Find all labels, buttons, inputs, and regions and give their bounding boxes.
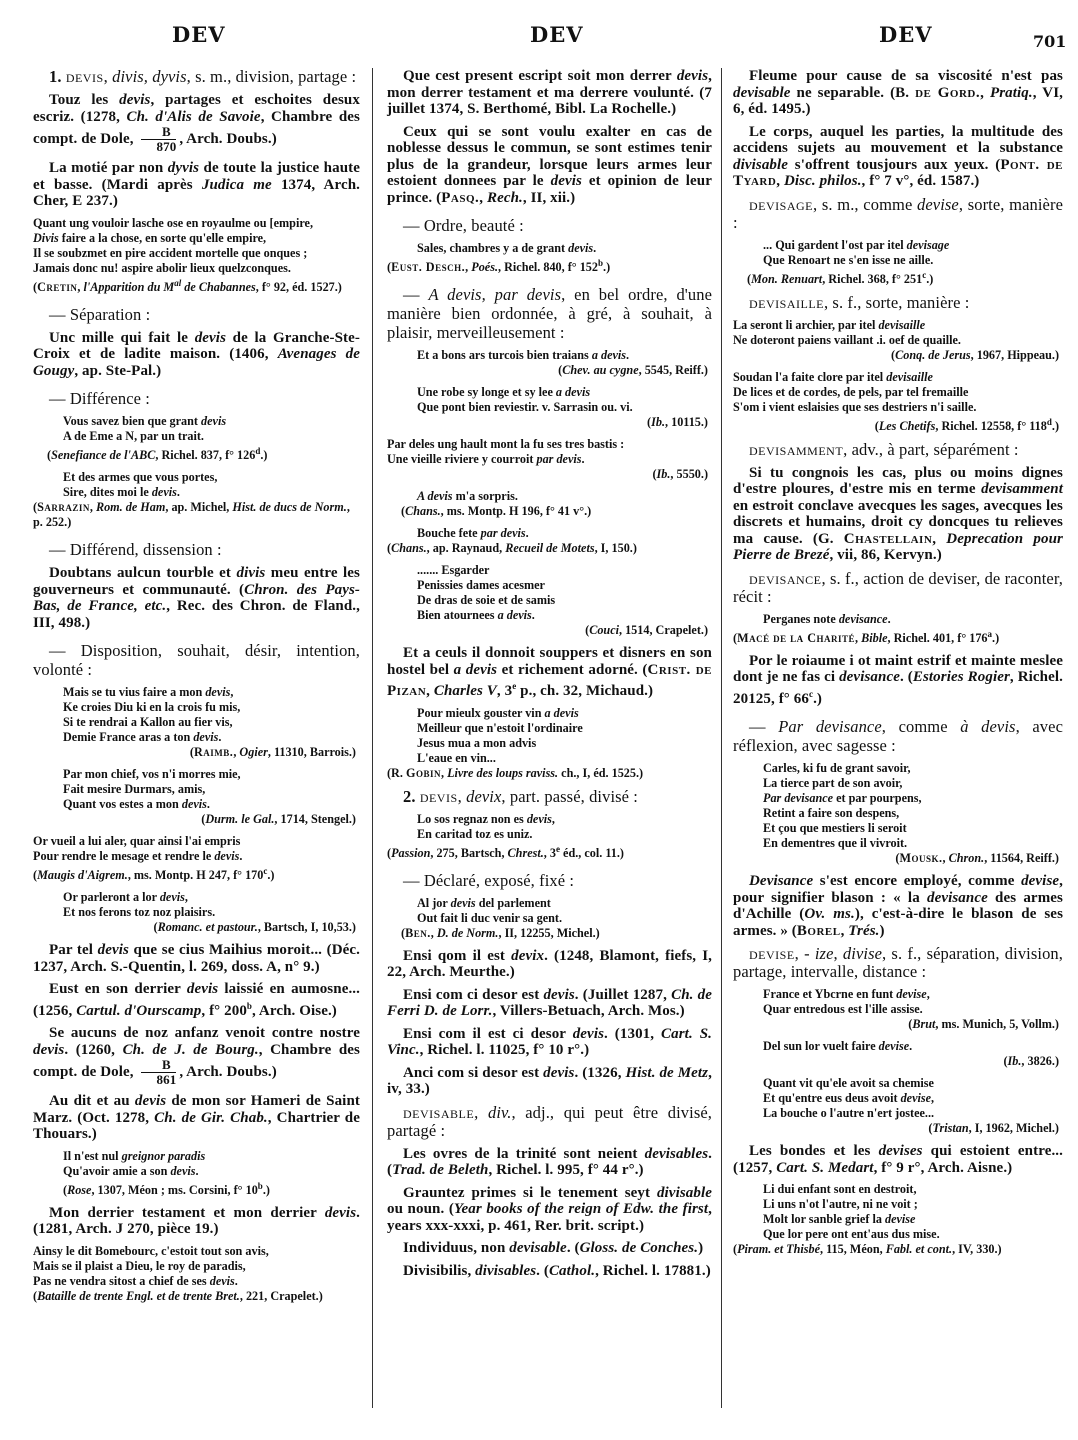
citation: (Passion, 275, Bartsch, Chrest., 3e éd.,…: [387, 842, 712, 861]
sense-heading: — Déclaré, exposé, fixé :: [387, 871, 712, 890]
sense-heading: — Séparation :: [33, 305, 360, 324]
citation: (Chans., ms. Montp. H 196, f° 41 v°.): [387, 504, 712, 519]
dictionary-entry-headword: 2. devis, devix, part. passé, divisé :: [387, 788, 712, 806]
verse-quotation: Bouche fete par devis.(Chans., ap. Rayna…: [387, 526, 712, 556]
citation: (Cretin, l'Apparition du Mal de Chabanne…: [33, 276, 360, 295]
citation: (Ib., 3826.): [733, 1054, 1063, 1069]
dictionary-page: DEV DEV DEV 701 1. devis, divis, dyvis, …: [0, 0, 1078, 1440]
verse-line: Li dui enfant sont en destroit,: [733, 1182, 1063, 1197]
example-paragraph: Grauntez primes si le tenement seyt divi…: [387, 1185, 712, 1235]
page-number: 701: [1033, 32, 1066, 51]
verse-line: Jamais donc nu! aspire abolir lieux quel…: [33, 261, 360, 276]
verse-quotation: Li dui enfant sont en destroit,Li uns n'…: [733, 1182, 1063, 1257]
example-paragraph: Touz les devis, partages et eschoites de…: [33, 92, 360, 154]
verse-quotation: A devis m'a sorpris.(Chans., ms. Montp. …: [387, 489, 712, 519]
example-paragraph: Au dit et au devis de mon sor Hameri de …: [33, 1093, 360, 1143]
dictionary-entry-headword: devisamment, adv., à part, séparément :: [733, 441, 1063, 459]
example-paragraph: Se aucuns de noz anfanz venoit contre no…: [33, 1025, 360, 1087]
example-paragraph: Eust en son derrier devis laissié en aum…: [33, 981, 360, 1019]
citation: (Ib., 5550.): [387, 467, 712, 482]
citation: (Tristan, I, 1962, Michel.): [733, 1121, 1063, 1136]
verse-line: Bien atournees a devis.: [387, 608, 712, 623]
sense-heading: — Par devisance, comme à devis, avec réf…: [733, 717, 1063, 755]
example-paragraph: Ensi com il est ci desor devis. (1301, C…: [387, 1026, 712, 1059]
verse-quotation: Et des armes que vous portes,Sire, dites…: [33, 470, 360, 530]
verse-line: Quant vos estes a mon devis.: [33, 797, 360, 812]
example-paragraph: Individuus, non devisable. (Gloss. de Co…: [387, 1240, 712, 1257]
running-head-left: DEV: [172, 22, 226, 47]
verse-quotation: Mais se tu vius faire a mon devis,Ke cro…: [33, 685, 360, 760]
verse-line: Que Renoart ne s'en isse ne aille.: [733, 253, 1063, 268]
dictionary-entry-headword: devise, - ize, divise, s. f., séparation…: [733, 945, 1063, 981]
sense-heading: — Ordre, beauté :: [387, 216, 712, 235]
sense-heading: — A devis, par devis, en bel ordre, d'un…: [387, 285, 712, 342]
verse-line: Par deles ung hault mont la fu ses tres …: [387, 437, 712, 452]
citation: (Macé de la Charité, Bible, Richel. 401,…: [733, 627, 1063, 646]
verse-quotation: Lo sos regnaz non es devis,En caritad to…: [387, 812, 712, 861]
citation: (Brut, ms. Munich, 5, Vollm.): [733, 1017, 1063, 1032]
verse-line: France et Ybcrne en funt devise,: [733, 987, 1063, 1002]
example-paragraph: Doubtans aulcun tourble et divis meu ent…: [33, 565, 360, 631]
verse-line: ....... Esgarder: [387, 563, 712, 578]
verse-quotation: France et Ybcrne en funt devise,Quar ent…: [733, 987, 1063, 1032]
verse-line: Demie France aras a ton devis.: [33, 730, 360, 745]
column-left: 1. devis, divis, dyvis, s. m., division,…: [33, 68, 360, 1311]
verse-line: Lo sos regnaz non es devis,: [387, 812, 712, 827]
citation: (Conq. de Jerus, 1967, Hippeau.): [733, 348, 1063, 363]
example-paragraph: Ensi qom il est devix. (1248, Blamont, f…: [387, 948, 712, 981]
verse-quotation: ... Qui gardent l'ost par itel devisageQ…: [733, 238, 1063, 287]
verse-line: Quant vit qu'ele avoit sa chemise: [733, 1076, 1063, 1091]
verse-line: En caritad toz es uniz.: [387, 827, 712, 842]
running-head-right: DEV: [879, 22, 933, 47]
verse-quotation: Sales, chambres y a de grant devis.(Eust…: [387, 241, 712, 275]
verse-line: Al jor devis del parlement: [387, 896, 712, 911]
example-paragraph: La motié par non dyvis de toute la justi…: [33, 160, 360, 210]
verse-quotation: Vous savez bien que grant devisA de Eme …: [33, 414, 360, 463]
verse-line: Meilleur que n'estoit l'ordinaire: [387, 721, 712, 736]
verse-line: Une robe sy longe et sy lee a devis: [387, 385, 712, 400]
verse-line: Il se soubzmet en pire accident mortelle…: [33, 246, 360, 261]
verse-line: A de Eme a N, par un trait.: [33, 429, 360, 444]
verse-line: Par devisance et par pourpens,: [733, 791, 1063, 806]
example-paragraph: Les ovres de la trinité sont neient devi…: [387, 1146, 712, 1179]
citation: (Mousk., Chron., 11564, Reiff.): [733, 851, 1063, 866]
citation: (Bataille de trente Engl. et de trente B…: [33, 1289, 360, 1304]
verse-line: Perganes note devisance.: [733, 612, 1063, 627]
example-paragraph: Que cest present escript soit mon derrer…: [387, 68, 712, 118]
verse-line: De lices et de cordes, de pels, par tel …: [733, 385, 1063, 400]
example-paragraph: Par tel devis que se cius Maihius moroit…: [33, 942, 360, 975]
sense-heading: — Différence :: [33, 389, 360, 408]
verse-line: Divis faire a la chose, en sorte qu'elle…: [33, 231, 360, 246]
verse-line: Ainsy le dit Bomebourc, c'estoit tout so…: [33, 1244, 360, 1259]
verse-line: Li uns n'ot l'autre, ni ne voit ;: [733, 1197, 1063, 1212]
verse-line: Il n'est nul greignor paradis: [33, 1149, 360, 1164]
verse-line: Qu'avoir amie a son devis.: [33, 1164, 360, 1179]
verse-quotation: Al jor devis del parlementOut fait li du…: [387, 896, 712, 941]
verse-quotation: Del sun lor vuelt faire devise.(Ib., 382…: [733, 1039, 1063, 1069]
running-head-middle: DEV: [530, 22, 584, 47]
dictionary-entry-headword: devisance, s. f., action de deviser, de …: [733, 570, 1063, 606]
verse-line: La bouche o l'autre n'ert jostee...: [733, 1106, 1063, 1121]
sense-heading: — Différend, dissension :: [33, 540, 360, 559]
example-paragraph: Unc mille qui fait le devis de la Granch…: [33, 330, 360, 380]
citation: (R. Gobin, Livre des loups raviss. ch., …: [387, 766, 712, 781]
verse-line: Penissies dames acesmer: [387, 578, 712, 593]
verse-line: (Rose, 1307, Méon ; ms. Corsini, f° 10b.…: [33, 1179, 360, 1198]
example-paragraph: Devisance s'est encore employé, comme de…: [733, 873, 1063, 939]
example-paragraph: Por le roiaume i ot maint estrif et main…: [733, 653, 1063, 708]
verse-line: ... Qui gardent l'ost par itel devisage: [733, 238, 1063, 253]
citation: (Ben., D. de Norm., II, 12255, Michel.): [387, 926, 712, 941]
verse-quotation: ....... EsgarderPenissies dames acesmerD…: [387, 563, 712, 638]
example-paragraph: Si tu congnois les cas, plus ou moins di…: [733, 465, 1063, 564]
verse-line: A devis m'a sorpris.: [387, 489, 712, 504]
verse-line: Del sun lor vuelt faire devise.: [733, 1039, 1063, 1054]
verse-quotation: Perganes note devisance.(Macé de la Char…: [733, 612, 1063, 646]
sense-heading: — Disposition, souhait, désir, intention…: [33, 641, 360, 679]
verse-line: Que lor pere ont ent'aus dus mise.: [733, 1227, 1063, 1242]
verse-quotation: Carles, ki fu de grant savoir,La tierce …: [733, 761, 1063, 866]
verse-line: Et çou que mestiers li seroit: [733, 821, 1063, 836]
example-paragraph: Et a ceuls il donnoit souppers et disner…: [387, 645, 712, 700]
verse-quotation: Quant vit qu'ele avoit sa chemiseEt qu'e…: [733, 1076, 1063, 1136]
citation: (Eust. Desch., Poés., Richel. 840, f° 15…: [387, 256, 712, 275]
verse-quotation: Ainsy le dit Bomebourc, c'estoit tout so…: [33, 1244, 360, 1304]
citation: (Sarrazin, Rom. de Ham, ap. Michel, Hist…: [33, 500, 360, 530]
citation: (Les Chetifs, Richel. 12558, f° 118d.): [733, 415, 1063, 434]
verse-line: Bouche fete par devis.: [387, 526, 712, 541]
verse-line: Molt lor sanble grief la devise: [733, 1212, 1063, 1227]
verse-quotation: Or parleront a lor devis,Et nos ferons t…: [33, 890, 360, 935]
verse-quotation: Il n'est nul greignor paradisQu'avoir am…: [33, 1149, 360, 1198]
verse-quotation: Une robe sy longe et sy lee a devisQue p…: [387, 385, 712, 430]
citation: (Chev. au cygne, 5545, Reiff.): [387, 363, 712, 378]
citation: (Maugis d'Aigrem., ms. Montp. H 247, f° …: [33, 864, 360, 883]
citation: (Senefiance de l'ABC, Richel. 837, f° 12…: [33, 444, 360, 463]
verse-line: Et nos ferons toz noz plaisirs.: [33, 905, 360, 920]
verse-quotation: Par deles ung hault mont la fu ses tres …: [387, 437, 712, 482]
verse-line: Sire, dites moi le devis.: [33, 485, 360, 500]
verse-line: Pour mieulx gouster vin a devis: [387, 706, 712, 721]
verse-line: Vous savez bien que grant devis: [33, 414, 360, 429]
verse-line: Ne doteront paiens vaillant .i. oef de q…: [733, 333, 1063, 348]
example-paragraph: Les bondes et les devises qui estoient e…: [733, 1143, 1063, 1176]
verse-line: Et qu'entre eus deus avoit devise,: [733, 1091, 1063, 1106]
citation: (Chans., ap. Raynaud, Recueil de Motets,…: [387, 541, 712, 556]
citation: (Piram. et Thisbé, 115, Méon, Fabl. et c…: [733, 1242, 1063, 1257]
verse-quotation: Soudan l'a faite clore par itel devisail…: [733, 370, 1063, 434]
verse-quotation: Or vueil a lui aler, quar ainsi l'ai emp…: [33, 834, 360, 883]
example-paragraph: Anci com si desor est devis. (1326, Hist…: [387, 1065, 712, 1098]
verse-line: Fait mesire Durmars, amis,: [33, 782, 360, 797]
verse-line: Jesus mua a mon advis: [387, 736, 712, 751]
dictionary-entry-headword: devisable, div., adj., qui peut être div…: [387, 1104, 712, 1140]
verse-line: De dras de soie et de samis: [387, 593, 712, 608]
dictionary-entry-headword: devisage, s. m., comme devise, sorte, ma…: [733, 196, 1063, 232]
example-paragraph: Mon derrier testament et mon derrier dev…: [33, 1205, 360, 1238]
verse-line: Out fait li duc venir sa gent.: [387, 911, 712, 926]
verse-line: Retint a faire son despens,: [733, 806, 1063, 821]
verse-line: Une vieille riviere y courroit par devis…: [387, 452, 712, 467]
example-paragraph: Le corps, auquel les parties, la multitu…: [733, 124, 1063, 190]
citation: (Couci, 1514, Crapelet.): [387, 623, 712, 638]
verse-line: Sales, chambres y a de grant devis.: [387, 241, 712, 256]
citation: (Ib., 10115.): [387, 415, 712, 430]
verse-line: Par mon chief, vos n'i morres mie,: [33, 767, 360, 782]
verse-line: En dementres que il vivroit.: [733, 836, 1063, 851]
verse-line: Carles, ki fu de grant savoir,: [733, 761, 1063, 776]
verse-line: La tierce part de son avoir,: [733, 776, 1063, 791]
verse-line: Que pont bien reviestir. v. Sarrasin ou.…: [387, 400, 712, 415]
verse-quotation: Et a bons ars turcois bien traians a dev…: [387, 348, 712, 378]
verse-line: Pour rendre le mesage et rendre le devis…: [33, 849, 360, 864]
citation: (Romanc. et pastour., Bartsch, I, 10,53.…: [33, 920, 360, 935]
verse-line: Et des armes que vous portes,: [33, 470, 360, 485]
dictionary-entry-headword: 1. devis, divis, dyvis, s. m., division,…: [33, 68, 360, 86]
verse-line: Et a bons ars turcois bien traians a dev…: [387, 348, 712, 363]
verse-line: Mais se il plaist a Dieu, le roy de para…: [33, 1259, 360, 1274]
verse-line: Or parleront a lor devis,: [33, 890, 360, 905]
verse-quotation: Par mon chief, vos n'i morres mie,Fait m…: [33, 767, 360, 827]
citation: (Raimb., Ogier, 11310, Barrois.): [33, 745, 360, 760]
example-paragraph: Fleume pour cause de sa viscosité n'est …: [733, 68, 1063, 118]
verse-line: Pas ne vendra sitost a chief de ses devi…: [33, 1274, 360, 1289]
verse-quotation: La seront li archier, par itel devisaill…: [733, 318, 1063, 363]
verse-line: Ke croies Diu ki en la crois fu mis,: [33, 700, 360, 715]
dictionary-entry-headword: devisaille, s. f., sorte, manière :: [733, 294, 1063, 312]
column-right: Fleume pour cause de sa viscosité n'est …: [733, 68, 1063, 1264]
verse-line: Soudan l'a faite clore par itel devisail…: [733, 370, 1063, 385]
column-middle: Que cest present escript soit mon derrer…: [372, 68, 722, 1408]
citation: (Mon. Renuart, Richel. 368, f° 251c.): [733, 268, 1063, 287]
verse-line: Quant ung vouloir lasche ose en royaulme…: [33, 216, 360, 231]
verse-line: S'om i vient eslaisies que ses destriers…: [733, 400, 1063, 415]
example-paragraph: Ensi com ci desor est devis. (Juillet 12…: [387, 987, 712, 1020]
verse-quotation: Quant ung vouloir lasche ose en royaulme…: [33, 216, 360, 295]
verse-line: Mais se tu vius faire a mon devis,: [33, 685, 360, 700]
citation: (Durm. le Gal., 1714, Stengel.): [33, 812, 360, 827]
verse-line: Or vueil a lui aler, quar ainsi l'ai emp…: [33, 834, 360, 849]
example-paragraph: Ceux qui se sont voulu exalter en cas de…: [387, 124, 712, 207]
example-paragraph: Divisibilis, divisables. (Cathol., Riche…: [387, 1263, 712, 1280]
verse-quotation: Pour mieulx gouster vin a devisMeilleur …: [387, 706, 712, 781]
verse-line: L'eaue en vin...: [387, 751, 712, 766]
verse-line: Si te rendrai a Kallon au fier vis,: [33, 715, 360, 730]
verse-line: Quar entredous est l'ille assise.: [733, 1002, 1063, 1017]
verse-line: La seront li archier, par itel devisaill…: [733, 318, 1063, 333]
